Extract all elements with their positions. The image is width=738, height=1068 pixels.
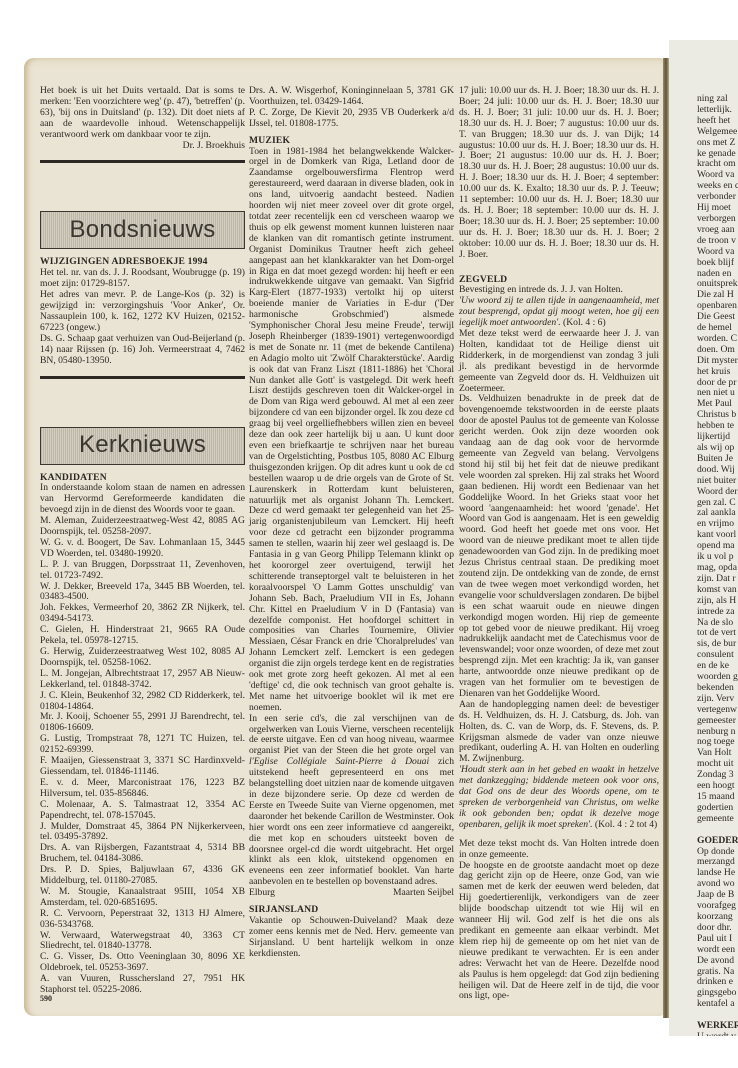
kandidaat-entry: C. G. Visser, Ds. Otto Veeninglaan 30, 8… <box>40 952 245 974</box>
adres-item: Het adres van mevr. P. de Lange-Kos (p. … <box>40 290 245 334</box>
kandidaat-entry: Drs. P. D. Spies, Baljuwlaan 67, 4336 GK… <box>40 865 245 887</box>
fragment-line: boek blijf <box>697 258 738 269</box>
kandidaat-entry: A. van Vuuren, Russchersland 27, 7951 HK… <box>40 974 245 996</box>
column-1: Het boek is uit het Duits vertaald. Dat … <box>40 86 245 996</box>
zegveld-paragraph: Met deze tekst werd de eerwaarde heer J.… <box>459 329 659 394</box>
column-4-fragments: ning zalletterlijk.heeft hetWelgemeeons … <box>697 94 738 1036</box>
zegveld-quote-2: 'Houdt sterk aan in het gebed en waakt i… <box>459 765 659 830</box>
kandidaat-entry: G. Lustig, Trompstraat 78, 1271 TC Huize… <box>40 734 245 756</box>
fragment-line: zijn, als H <box>697 596 738 607</box>
kandidaat-entry: J. Mulder, Domstraat 45, 3864 PN Nijkerk… <box>40 822 245 844</box>
bondsnieuws-banner: Bondsnieuws <box>40 211 245 249</box>
kandidaat-entry: L. P. J. van Bruggen, Dorpsstraat 11, Ze… <box>40 560 245 582</box>
zegveld-paragraph: Met deze tekst mocht ds. Van Holten intr… <box>459 839 659 861</box>
fragment-line: U wordt v <box>697 1032 738 1036</box>
kandidaat-entry: P. C. Zorge, De Kievit 20, 2935 VB Ouder… <box>249 108 454 130</box>
kandidaat-entry: Drs. A. van Rijsbergen, Fazantstraat 4, … <box>40 843 245 865</box>
fragment-line: niet buiter <box>697 476 738 487</box>
church-name-italic: l'Eglise Collégiale Saint-Pierre à Douai <box>249 756 429 767</box>
kandidaat-entry: W. J. Dekker, Breeveld 17a, 3445 BB Woer… <box>40 582 245 604</box>
zegveld-paragraph: Aan de handoplegging namen deel: de beve… <box>459 700 659 765</box>
fragment-line: GOEDER <box>697 836 738 847</box>
kandidaat-entry: R. C. Vervoorn, Peperstraat 32, 1313 HJ … <box>40 909 245 931</box>
fragment-line: ons met Z <box>697 138 738 149</box>
kandidaat-entry: W. M. Stougie, Kanaalstraat 95III, 1054 … <box>40 887 245 909</box>
kandidaat-entry: C. Molenaar, A. S. Talmastraat 12, 3354 … <box>40 800 245 822</box>
fragment-line: Woord va <box>697 247 738 258</box>
muziek-place: Elburg <box>249 888 275 899</box>
review-ending: Het boek is uit het Duits vertaald. Dat … <box>40 86 245 141</box>
kandidaat-entry: L. M. Jongejan, Albrechtstraat 17, 2957 … <box>40 669 245 691</box>
kandidaat-entry: W. G. v. d. Boogert, De Sav. Lohmanlaan … <box>40 538 245 560</box>
kandidaat-entry: G. Herwig, Zuiderzeestraatweg West 102, … <box>40 647 245 669</box>
kandidaat-entry: F. Maaijen, Giessenstraat 3, 3371 SC Har… <box>40 756 245 778</box>
kandidaat-entry: Drs. A. W. Wisgerhof, Koninginnelaan 5, … <box>249 86 454 108</box>
muziek-text: zich uitstekend heeft gepresenteerd en o… <box>249 756 454 887</box>
muziek-text: In een serie cd's, die zal verschijnen v… <box>249 713 454 757</box>
zegveld-paragraph: Ds. Veldhuizen benadrukte in de preek da… <box>459 394 659 699</box>
muziek-paragraph-2: In een serie cd's, die zal verschijnen v… <box>249 714 454 889</box>
zegveld-paragraph: De hoogste en de grootste aandacht moet … <box>459 861 659 1003</box>
bible-reference: (Kol. 4 : 6) <box>561 317 606 328</box>
kandidaat-entry: Mr. J. Kooij, Schoener 55, 2991 JJ Baren… <box>40 712 245 734</box>
adres-item: Het tel. nr. van ds. J. J. Roodsant, Wou… <box>40 268 245 290</box>
fragment-line: Welgemee <box>697 127 738 138</box>
muziek-heading: MUZIEK <box>249 136 454 147</box>
fragment-line: gemeester <box>697 716 738 727</box>
muziek-author: Maarten Seijbel <box>393 888 454 899</box>
zegveld-quote-1: 'Uw woord zij te allen tijde in aangenaa… <box>459 296 659 329</box>
fragment-line: wordt een <box>697 945 738 956</box>
fragment-line: het kruis <box>697 367 738 378</box>
kandidaat-entry: J. C. Klein, Beukenhof 32, 2982 CD Ridde… <box>40 691 245 713</box>
muziek-signature: Elburg Maarten Seijbel <box>249 888 454 899</box>
bondsnieuws-title: Bondsnieuws <box>69 225 215 236</box>
kerknieuws-title: Kerknieuws <box>79 440 206 451</box>
column-3: 17 juli: 10.00 uur ds. H. J. Boer; 18.30… <box>459 86 659 1002</box>
fragment-line: Woord der <box>697 487 738 498</box>
kandidaat-entry: Joh. Fekkes, Vermeerhof 20, 3862 ZR Nijk… <box>40 603 245 625</box>
fragment-line: De avond <box>697 956 738 967</box>
fragment-line: gemeente <box>697 814 738 825</box>
sirjansland-text: Vakantie op Schouwen-Duiveland? Maak dez… <box>249 916 454 960</box>
kandidaat-entry: W. Verwaard, Waterwegstraat 40, 3363 CT … <box>40 931 245 953</box>
bible-reference: (Kol. 4 : 2 tot 4) <box>592 819 657 830</box>
service-schedule: 17 juli: 10.00 uur ds. H. J. Boer; 18.30… <box>459 86 659 261</box>
review-signature: Dr. J. Broekhuis <box>40 141 245 152</box>
column-2: Drs. A. W. Wisgerhof, Koninginnelaan 5, … <box>249 86 454 960</box>
fragment-line <box>697 825 738 836</box>
adres-item: Ds. G. Schaap gaat verhuizen van Oud-Bei… <box>40 334 245 367</box>
fragment-line: intrede za <box>697 607 738 618</box>
kerknieuws-banner: Kerknieuws <box>40 427 245 465</box>
section-divider <box>40 160 245 163</box>
kandidaat-entry: M. Aleman, Zuiderzeestraatweg-West 42, 8… <box>40 516 245 538</box>
page-number: 590 <box>40 994 52 1003</box>
magazine-page-right: ning zalletterlijk.heeft hetWelgemeeons … <box>669 40 738 1036</box>
kandidaat-entry: E. v. d. Meer, Marconistraat 176, 1223 B… <box>40 778 245 800</box>
section-divider <box>40 376 245 379</box>
bible-quote: 'Uw woord zij te allen tijde in aangenaa… <box>459 295 659 328</box>
fragment-line: kentafel a <box>697 999 738 1010</box>
muziek-paragraph: Toen in 1981-1984 het belangwekkende Wal… <box>249 147 454 714</box>
kandidaat-entry: C. Gielen, H. Hinderstraat 21, 9665 RA O… <box>40 625 245 647</box>
kandidaten-intro: In onderstaande kolom staan de namen en … <box>40 483 245 516</box>
